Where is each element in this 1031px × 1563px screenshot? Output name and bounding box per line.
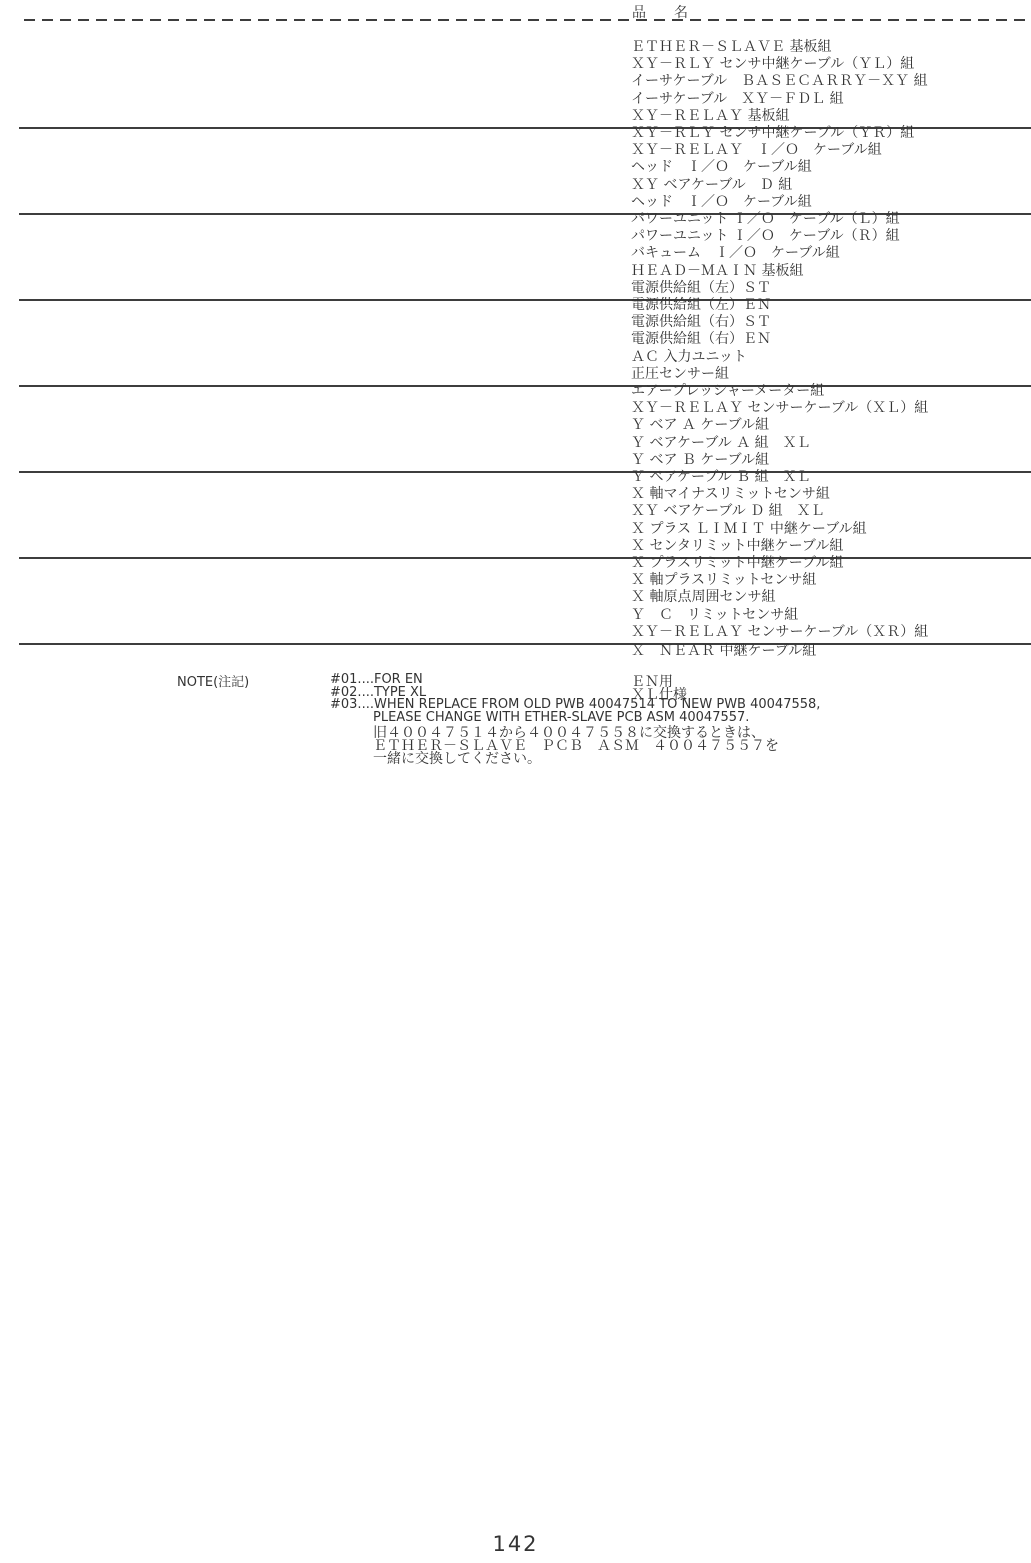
part-name-row: Ｙ ベア Ａ ケーブル組 <box>631 417 928 434</box>
section-divider <box>19 643 1031 645</box>
part-name-row: エアープレッシャーメーター組 <box>631 383 928 400</box>
part-name-row: Ｘ ＮＥＡＲ 中継ケーブル組 <box>631 643 816 660</box>
part-name-row: ヘッド Ｉ／Ｏ ケーブル組 <box>631 159 914 176</box>
part-name-row: Ｘ 軸マイナスリミットセンサ組 <box>631 486 867 503</box>
part-name-row: パワーユニット Ｉ／Ｏ ケーブル（Ｌ）組 <box>631 211 900 228</box>
part-name-row: Ｘ 軸原点周囲センサ組 <box>631 589 928 606</box>
section-divider <box>19 299 1031 301</box>
part-name-row: Ｙ ベアケーブル Ａ 組 ＸＬ <box>631 435 928 452</box>
note-label: NOTE(注記) <box>177 671 249 690</box>
part-name-row: ＸＹ－ＲＬＹ センサ中継ケーブル（ＹＲ）組 <box>631 125 914 142</box>
parts-section-3: パワーユニット Ｉ／Ｏ ケーブル（Ｌ）組 パワーユニット Ｉ／Ｏ ケーブル（Ｒ）… <box>631 211 900 297</box>
part-name-row: Ｙ ベアケーブル Ｂ 組 ＸＬ <box>631 469 867 486</box>
parts-section-4: 電源供給組（左）ＥＮ 電源供給組（右）ＳＴ 電源供給組（右）ＥＮ ＡＣ 入力ユニ… <box>631 297 771 383</box>
part-name-row: ＸＹ－ＲＥＬＡＹ Ｉ／Ｏ ケーブル組 <box>631 142 914 159</box>
part-name-row: ＨＥＡＤ－ＭＡＩＮ 基板組 <box>631 263 900 280</box>
part-name-row: Ｘ プラス ＬＩＭＩＴ 中継ケーブル組 <box>631 521 867 538</box>
part-name-row: ＸＹ－ＲＬＹ センサ中継ケーブル（ＹＬ）組 <box>631 56 928 73</box>
part-name-row: ＥＴＨＥＲ－ＳＬＡＶＥ 基板組 <box>631 39 928 56</box>
part-name-row: 正圧センサー組 <box>631 366 771 383</box>
part-name-row: 電源供給組（左）ＳＴ <box>631 280 900 297</box>
part-name-row: ヘッド Ｉ／Ｏ ケーブル組 <box>631 194 914 211</box>
part-name-row: 電源供給組（右）ＥＮ <box>631 331 771 348</box>
parts-section-6: Ｙ ベアケーブル Ｂ 組 ＸＬ Ｘ 軸マイナスリミットセンサ組 ＸＹ ベアケーブ… <box>631 469 867 555</box>
parts-section-8: Ｘ ＮＥＡＲ 中継ケーブル組 <box>631 643 816 660</box>
part-name-row: イーサケーブル ＸＹ－ＦＤＬ 組 <box>631 91 928 108</box>
part-name-row: ＸＹ－ＲＥＬＡＹ 基板組 <box>631 108 928 125</box>
part-name-row: Ｙ Ｃ リミットセンサ組 <box>631 607 928 624</box>
part-name-row: 電源供給組（左）ＥＮ <box>631 297 771 314</box>
parts-list-page: 品 名 ＥＴＨＥＲ－ＳＬＡＶＥ 基板組 ＸＹ－ＲＬＹ センサ中継ケーブル（ＹＬ）… <box>0 0 1031 1563</box>
note-item-03-cont-4: 一緒に交換してください。 <box>373 748 541 768</box>
parts-section-7: Ｘ プラスリミット中継ケーブル組 Ｘ 軸プラスリミットセンサ組 Ｘ 軸原点周囲セ… <box>631 555 928 641</box>
part-name-row: Ｘ センタリミット中継ケーブル組 <box>631 538 867 555</box>
part-name-row: イーサケーブル ＢＡＳＥＣＡＲＲＹ－ＸＹ 組 <box>631 73 928 90</box>
parts-section-2: ＸＹ－ＲＬＹ センサ中継ケーブル（ＹＲ）組 ＸＹ－ＲＥＬＡＹ Ｉ／Ｏ ケーブル組… <box>631 125 914 211</box>
part-name-row: ＡＣ 入力ユニット <box>631 349 771 366</box>
parts-section-1: ＥＴＨＥＲ－ＳＬＡＶＥ 基板組 ＸＹ－ＲＬＹ センサ中継ケーブル（ＹＬ）組 イー… <box>631 39 928 125</box>
part-name-row: Ｙ ベア Ｂ ケーブル組 <box>631 452 928 469</box>
part-name-row: 電源供給組（右）ＳＴ <box>631 314 771 331</box>
part-name-row: Ｘ 軸プラスリミットセンサ組 <box>631 572 928 589</box>
part-name-row: ＸＹ ベアケーブル Ｄ 組 <box>631 177 914 194</box>
part-name-row: バキューム Ｉ／Ｏ ケーブル組 <box>631 245 900 262</box>
part-name-row: ＸＹ－ＲＥＬＡＹ センサーケーブル（ＸＲ）組 <box>631 624 928 641</box>
section-divider <box>19 471 1031 473</box>
page-number: 142 <box>0 1532 1031 1556</box>
part-name-row: ＸＹ ベアケーブル Ｄ 組 ＸＬ <box>631 503 867 520</box>
header-dashed-rule <box>24 19 1025 21</box>
parts-section-5: エアープレッシャーメーター組 ＸＹ－ＲＥＬＡＹ センサーケーブル（ＸＬ）組 Ｙ … <box>631 383 928 469</box>
part-name-row: パワーユニット Ｉ／Ｏ ケーブル（Ｒ）組 <box>631 228 900 245</box>
part-name-row: Ｘ プラスリミット中継ケーブル組 <box>631 555 928 572</box>
part-name-row: ＸＹ－ＲＥＬＡＹ センサーケーブル（ＸＬ）組 <box>631 400 928 417</box>
